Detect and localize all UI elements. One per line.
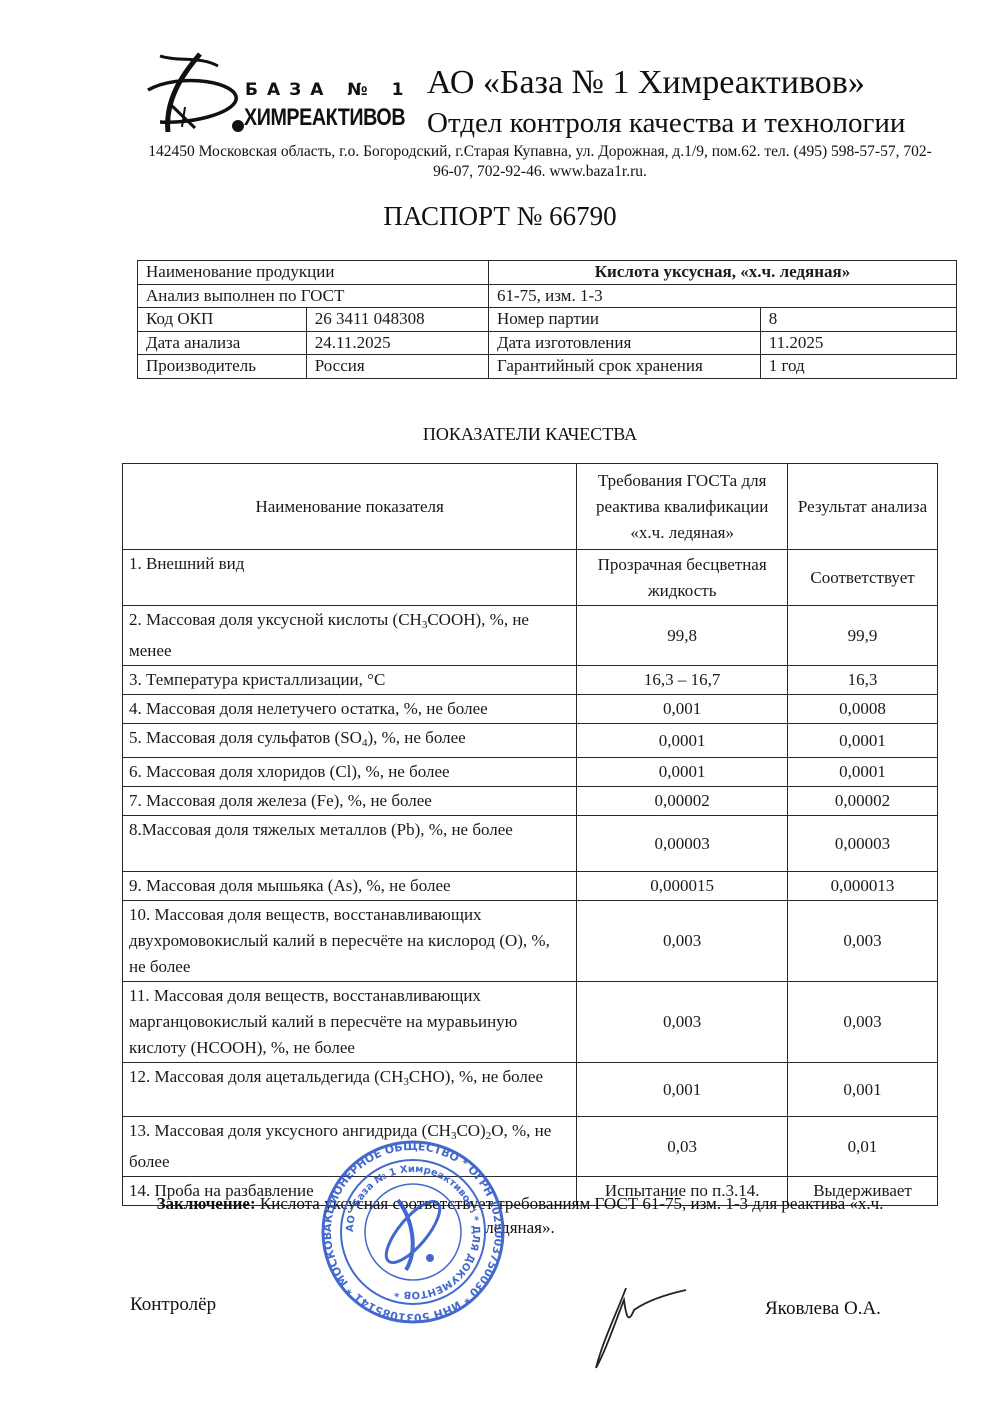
gost-value: 61-75, изм. 1-3 — [488, 284, 956, 308]
quality-section-title: ПОКАЗАТЕЛИ КАЧЕСТВА — [0, 424, 1000, 445]
manufacture-date-value: 11.2025 — [760, 331, 956, 355]
department-name: Отдел контроля качества и технологии — [427, 107, 905, 140]
quality-header-row: Наименование показателя Требования ГОСТа… — [123, 464, 938, 550]
indicator-result: 0,0001 — [788, 758, 938, 787]
gost-label: Анализ выполнен по ГОСТ — [138, 284, 489, 308]
indicator-name: 2. Массовая доля уксусной кислоты (CH3CO… — [123, 606, 577, 666]
indicator-name: 9. Массовая доля мышьяка (As), %, не бол… — [123, 872, 577, 901]
indicator-result: 0,0001 — [788, 724, 938, 758]
product-value: Кислота уксусная, «х.ч. ледяная» — [488, 261, 956, 285]
indicator-result: 0,001 — [788, 1063, 938, 1117]
table-row: 2. Массовая доля уксусной кислоты (CH3CO… — [123, 606, 938, 666]
indicator-result: Соответствует — [788, 550, 938, 606]
signer-name: Яковлева О.А. — [765, 1298, 881, 1320]
indicator-requirement: 99,8 — [577, 606, 788, 666]
info-row-manufacturer: Производитель Россия Гарантийный срок хр… — [138, 355, 957, 379]
indicator-name: 12. Массовая доля ацетальдегида (CH3CHO)… — [123, 1063, 577, 1117]
manufacture-date-label: Дата изготовления — [488, 331, 760, 355]
shelf-life-value: 1 год — [760, 355, 956, 379]
table-row: 12. Массовая доля ацетальдегида (CH3CHO)… — [123, 1063, 938, 1117]
indicator-result: 0,00002 — [788, 787, 938, 816]
indicator-requirement: 0,0001 — [577, 724, 788, 758]
indicator-result: 0,000013 — [788, 872, 938, 901]
conclusion: Заключение: Кислота уксусная соответству… — [150, 1192, 890, 1240]
header-analysis-result: Результат анализа — [788, 464, 938, 550]
okp-label: Код ОКП — [138, 308, 307, 332]
info-row-gost: Анализ выполнен по ГОСТ 61-75, изм. 1-3 — [138, 284, 957, 308]
table-row: 11. Массовая доля веществ, восстанавлива… — [123, 982, 938, 1063]
product-info-table: Наименование продукции Кислота уксусная,… — [137, 260, 957, 379]
table-row: 10. Массовая доля веществ, восстанавлива… — [123, 901, 938, 982]
indicator-requirement: 0,00003 — [577, 816, 788, 872]
header-indicator-name: Наименование показателя — [123, 464, 577, 550]
indicator-result: 0,00003 — [788, 816, 938, 872]
indicator-name: 6. Массовая доля хлоридов (Cl), %, не бо… — [123, 758, 577, 787]
table-row: 5. Массовая доля сульфатов (SO4), %, не … — [123, 724, 938, 758]
logo-line1: БАЗА № 1 — [245, 80, 412, 100]
indicator-result: 0,0008 — [788, 695, 938, 724]
indicator-requirement: 16,3 – 16,7 — [577, 666, 788, 695]
batch-value: 8 — [760, 308, 956, 332]
table-row: 3. Температура кристаллизации, °С 16,3 –… — [123, 666, 938, 695]
table-row: 9. Массовая доля мышьяка (As), %, не бол… — [123, 872, 938, 901]
indicator-requirement: 0,001 — [577, 695, 788, 724]
company-stamp-icon: АКЦИОНЕРНОЕ ОБЩЕСТВО * ОГРН 102500375003… — [318, 1140, 508, 1325]
indicator-result: 0,003 — [788, 901, 938, 982]
table-row: 13. Массовая доля уксусного ангидрида (C… — [123, 1117, 938, 1177]
indicator-name: 1. Внешний вид — [123, 550, 577, 606]
manufacturer-label: Производитель — [138, 355, 307, 379]
indicator-name: 5. Массовая доля сульфатов (SO4), %, не … — [123, 724, 577, 758]
company-address: 142450 Московская область, г.о. Богородс… — [140, 142, 940, 182]
indicator-name: 11. Массовая доля веществ, восстанавлива… — [123, 982, 577, 1063]
info-row-okp: Код ОКП 26 3411 048308 Номер партии 8 — [138, 308, 957, 332]
quality-indicators-table: Наименование показателя Требования ГОСТа… — [122, 463, 938, 1206]
indicator-requirement: 0,00002 — [577, 787, 788, 816]
indicator-requirement: 0,000015 — [577, 872, 788, 901]
analysis-date-value: 24.11.2025 — [306, 331, 488, 355]
indicator-name: 10. Массовая доля веществ, восстанавлива… — [123, 901, 577, 982]
shelf-life-label: Гарантийный срок хранения — [488, 355, 760, 379]
indicator-requirement: 0,001 — [577, 1063, 788, 1117]
okp-value: 26 3411 048308 — [306, 308, 488, 332]
header-gost-requirement: Требования ГОСТа для реактива квалификац… — [577, 464, 788, 550]
indicator-result: 0,01 — [788, 1117, 938, 1177]
indicator-name: 7. Массовая доля железа (Fe), %, не боле… — [123, 787, 577, 816]
indicator-name: 8.Массовая доля тяжелых металлов (Pb), %… — [123, 816, 577, 872]
company-name: АО «База № 1 Химреактивов» — [427, 64, 865, 102]
indicator-result: 0,003 — [788, 982, 938, 1063]
info-row-dates: Дата анализа 24.11.2025 Дата изготовлени… — [138, 331, 957, 355]
passport-title: ПАСПОРТ № 66790 — [0, 201, 1000, 232]
indicator-result: 16,3 — [788, 666, 938, 695]
indicator-requirement: 0,0001 — [577, 758, 788, 787]
info-row-product: Наименование продукции Кислота уксусная,… — [138, 261, 957, 285]
indicator-name: 4. Массовая доля нелетучего остатка, %, … — [123, 695, 577, 724]
conclusion-label: Заключение: — [157, 1194, 256, 1213]
handwritten-signature-icon — [588, 1270, 698, 1380]
table-row: 6. Массовая доля хлоридов (Cl), %, не бо… — [123, 758, 938, 787]
indicator-name: 3. Температура кристаллизации, °С — [123, 666, 577, 695]
analysis-date-label: Дата анализа — [138, 331, 307, 355]
indicator-result: 99,9 — [788, 606, 938, 666]
batch-label: Номер партии — [488, 308, 760, 332]
manufacturer-value: Россия — [306, 355, 488, 379]
logo-line2: ХИМРЕАКТИВОВ — [244, 104, 405, 132]
indicator-requirement: 0,003 — [577, 901, 788, 982]
indicator-requirement: 0,003 — [577, 982, 788, 1063]
table-row: 1. Внешний вид Прозрачная бесцветная жид… — [123, 550, 938, 606]
controller-label: Контролёр — [130, 1294, 216, 1316]
table-row: 7. Массовая доля железа (Fe), %, не боле… — [123, 787, 938, 816]
product-label: Наименование продукции — [138, 261, 489, 285]
table-row: 4. Массовая доля нелетучего остатка, %, … — [123, 695, 938, 724]
indicator-requirement: 0,03 — [577, 1117, 788, 1177]
indicator-requirement: Прозрачная бесцветная жидкость — [577, 550, 788, 606]
table-row: 8.Массовая доля тяжелых металлов (Pb), %… — [123, 816, 938, 872]
company-logo-icon — [140, 52, 245, 137]
